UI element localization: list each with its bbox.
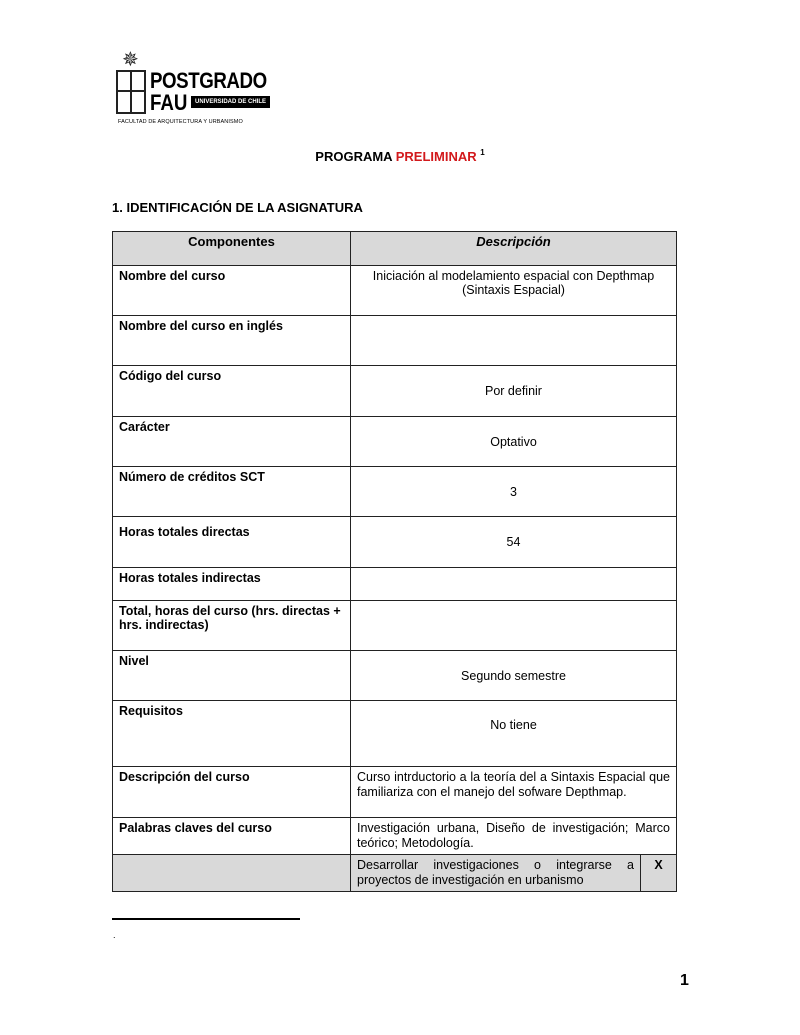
table-row: Palabras claves del curso Investigación … [113,818,677,855]
title-part1: PROGRAMA [315,149,392,164]
row-label: Horas totales directas [113,517,351,568]
row-label: Código del curso [113,366,351,417]
table-row: Número de créditos SCT 3 [113,467,677,517]
logo-line1: POSTGRADO [150,70,267,92]
table-row: Nombre del curso en inglés [113,316,677,366]
table-row: Horas totales directas 54 [113,517,677,568]
table-row: Código del curso Por definir [113,366,677,417]
section-heading: 1. IDENTIFICACIÓN DE LA ASIGNATURA [112,200,363,215]
row-value [351,568,677,601]
row-value: Por definir [351,366,677,417]
row-value: Optativo [351,417,677,467]
row-label: Descripción del curso [113,767,351,818]
university-emblem-icon: ✵ [122,50,139,70]
table-row: Horas totales indirectas [113,568,677,601]
row-label: Carácter [113,417,351,467]
row-value: 54 [351,517,677,568]
table-row: Carácter Optativo [113,417,677,467]
table-row: Total, horas del curso (hrs. directas + … [113,601,677,651]
row-value: Curso intrductorio a la teoría del a Sin… [351,767,677,818]
table-row: Requisitos No tiene [113,701,677,767]
table-row: Nivel Segundo semestre [113,651,677,701]
row-value: Investigación urbana, Diseño de investig… [351,818,677,855]
row-label: Nivel [113,651,351,701]
row-label: Horas totales indirectas [113,568,351,601]
logo-line2: FAU [150,92,187,114]
row-label: Palabras claves del curso [113,818,351,855]
logo-badge: UNIVERSIDAD DE CHILE [191,96,270,108]
table-row: Descripción del curso Curso intrductorio… [113,767,677,818]
table-header-row: Componentes Descripción [113,232,677,266]
row-value: 3 [351,467,677,517]
title-part2: PRELIMINAR [396,149,477,164]
header-descripcion: Descripción [351,232,677,266]
row-value [351,601,677,651]
table-row: Desarrollar investigaciones o integrarse… [113,855,677,892]
logo-subtitle: FACULTAD DE ARQUITECTURA Y URBANISMO [118,119,243,125]
row-label: Nombre del curso [113,266,351,316]
header-componentes: Componentes [113,232,351,266]
footnote-separator [112,918,300,920]
page-number: 1 [680,972,689,990]
row-value: No tiene [351,701,677,767]
row-value: Segundo semestre [351,651,677,701]
row-value: Desarrollar investigaciones o integrarse… [351,855,641,892]
footnote-ref[interactable]: 1 [480,148,484,157]
postgrado-fau-logo: ✵ POSTGRADO FAU UNIVERSIDAD DE CHILE FAC… [112,52,282,132]
row-value [351,316,677,366]
row-label: Requisitos [113,701,351,767]
row-value: Iniciación al modelamiento espacial con … [351,266,677,316]
checkmark-cell: X [641,855,677,892]
row-label: Nombre del curso en inglés [113,316,351,366]
shield-icon [116,70,146,114]
row-label: Total, horas del curso (hrs. directas + … [113,601,351,651]
footnote-text: . [113,930,116,940]
table-row: Nombre del curso Iniciación al modelamie… [113,266,677,316]
row-label [113,855,351,892]
course-identification-table: Componentes Descripción Nombre del curso… [112,231,677,892]
row-label: Número de créditos SCT [113,467,351,517]
page-title: PROGRAMA PRELIMINAR 1 [0,148,800,164]
